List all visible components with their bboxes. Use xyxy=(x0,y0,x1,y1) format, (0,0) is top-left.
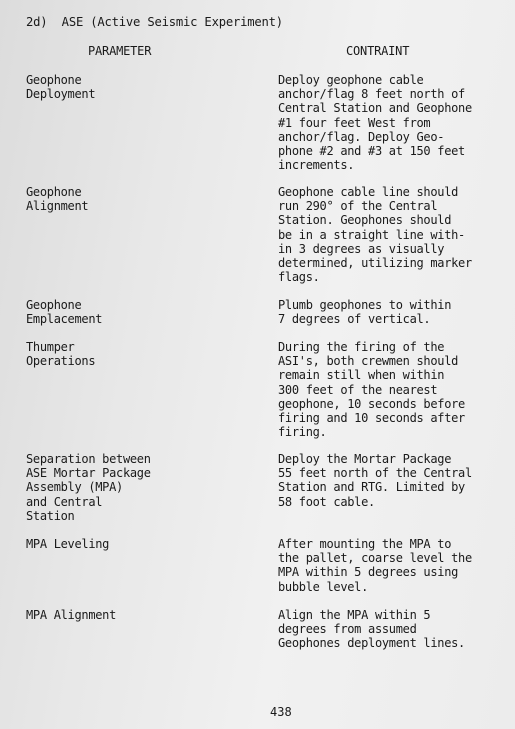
constraint-cell: During the firing of the ASI's, both cre… xyxy=(278,340,508,439)
constraint-cell: After mounting the MPA to the pallet, co… xyxy=(278,537,508,594)
parameter-cell: MPA Alignment xyxy=(26,608,256,622)
parameter-cell: MPA Leveling xyxy=(26,537,256,551)
parameter-cell: Thumper Operations xyxy=(26,340,256,368)
parameter-cell: Separation between ASE Mortar Package As… xyxy=(26,452,256,523)
document-page: 2d) ASE (Active Seismic Experiment) PARA… xyxy=(0,0,515,729)
constraint-cell: Plumb geophones to within 7 degrees of v… xyxy=(278,298,508,326)
parameter-cell: Geophone Alignment xyxy=(26,185,256,213)
column-header-parameter: PARAMETER xyxy=(88,44,151,58)
column-header-constraint: CONTRAINT xyxy=(346,44,409,58)
constraint-cell: Align the MPA within 5 degrees from assu… xyxy=(278,608,508,651)
constraint-cell: Deploy the Mortar Package 55 feet north … xyxy=(278,452,508,509)
parameter-cell: Geophone Deployment xyxy=(26,73,256,101)
parameter-cell: Geophone Emplacement xyxy=(26,298,256,326)
constraint-cell: Deploy geophone cable anchor/flag 8 feet… xyxy=(278,73,508,172)
page-number: 438 xyxy=(270,705,292,719)
section-heading: 2d) ASE (Active Seismic Experiment) xyxy=(26,15,283,29)
constraint-cell: Geophone cable line should run 290° of t… xyxy=(278,185,508,284)
